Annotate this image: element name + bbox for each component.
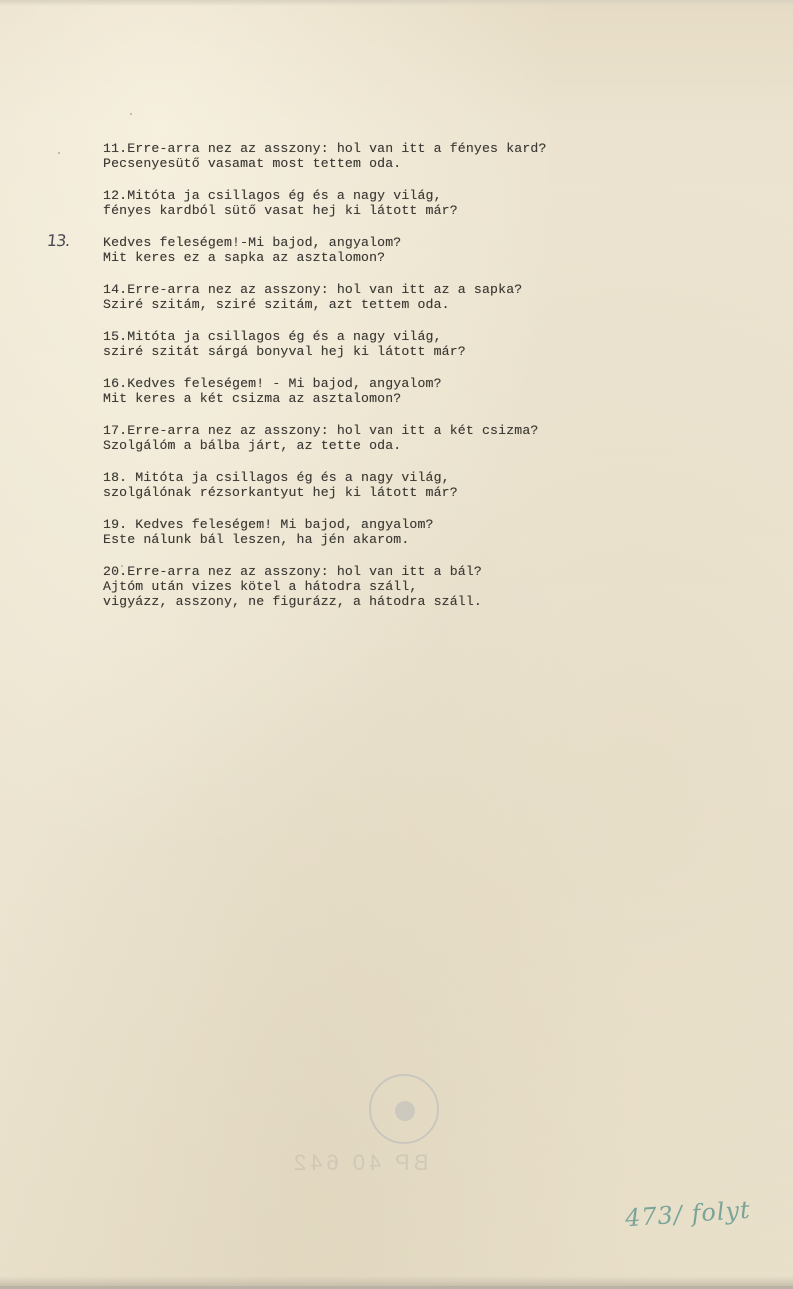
paper-speck: [58, 152, 60, 154]
stanza-14: 14.Erre-arra nez az asszony: hol van itt…: [103, 282, 703, 312]
stanza-16: 16.Kedves feleségem! - Mi bajod, angyalo…: [103, 376, 703, 406]
verse-line: 18. Mitóta ja csillagos ég és a nagy vil…: [103, 470, 703, 485]
typewritten-text: 11.Erre-arra nez az asszony: hol van itt…: [103, 141, 703, 626]
verse-line: Sziré szitám, sziré szitám, azt tettem o…: [103, 297, 703, 312]
handwritten-margin-number: 13.: [46, 231, 70, 250]
document-page: 13. 11.Erre-arra nez az asszony: hol van…: [0, 0, 793, 1289]
verse-line: 11.Erre-arra nez az asszony: hol van itt…: [103, 141, 703, 156]
stamp-bleed-through-text: BP 40 642: [290, 1150, 428, 1176]
verse-line: 19. Kedves feleségem! Mi bajod, angyalom…: [103, 517, 703, 532]
verse-line: Pecsenyesütő vasamat most tettem oda.: [103, 156, 703, 171]
verse-line: Szolgálóm a bálba járt, az tette oda.: [103, 438, 703, 453]
stanza-19: 19. Kedves feleségem! Mi bajod, angyalom…: [103, 517, 703, 547]
stanza-11: 11.Erre-arra nez az asszony: hol van itt…: [103, 141, 703, 171]
verse-line: Kedves feleségem!-Mi bajod, angyalom?: [103, 235, 703, 250]
stanza-18: 18. Mitóta ja csillagos ég és a nagy vil…: [103, 470, 703, 500]
stamp-center: [395, 1101, 415, 1121]
verse-line: 20.Erre-arra nez az asszony: hol van itt…: [103, 564, 703, 579]
stanza-13: Kedves feleségem!-Mi bajod, angyalom? Mi…: [103, 235, 703, 265]
stanza-20: 20.Erre-arra nez az asszony: hol van itt…: [103, 564, 703, 609]
verse-line: 14.Erre-arra nez az asszony: hol van itt…: [103, 282, 703, 297]
verse-line: 12.Mitóta ja csillagos ég és a nagy vilá…: [103, 188, 703, 203]
stanza-12: 12.Mitóta ja csillagos ég és a nagy vilá…: [103, 188, 703, 218]
verse-line: Mit keres ez a sapka az asztalomon?: [103, 250, 703, 265]
verse-line: 17.Erre-arra nez az asszony: hol van itt…: [103, 423, 703, 438]
verse-line: 16.Kedves feleségem! - Mi bajod, angyalo…: [103, 376, 703, 391]
verse-line: sziré szitát sárgá bonyval hej ki látott…: [103, 344, 703, 359]
verse-line: szolgálónak rézsorkantyut hej ki látott …: [103, 485, 703, 500]
handwritten-note: 473/ folyt: [624, 1196, 751, 1233]
stanza-17: 17.Erre-arra nez az asszony: hol van itt…: [103, 423, 703, 453]
paper-speck: [130, 113, 132, 115]
library-stamp-icon: [369, 1074, 439, 1144]
verse-line: Este nálunk bál leszen, ha jén akarom.: [103, 532, 703, 547]
stanza-15: 15.Mitóta ja csillagos ég és a nagy vilá…: [103, 329, 703, 359]
verse-line: Mit keres a két csizma az asztalomon?: [103, 391, 703, 406]
verse-line: fényes kardból sütő vasat hej ki látott …: [103, 203, 703, 218]
verse-line: vigyázz, asszony, ne figurázz, a hátodra…: [103, 594, 703, 609]
verse-line: Ajtóm után vizes kötel a hátodra száll,: [103, 579, 703, 594]
verse-line: 15.Mitóta ja csillagos ég és a nagy vilá…: [103, 329, 703, 344]
